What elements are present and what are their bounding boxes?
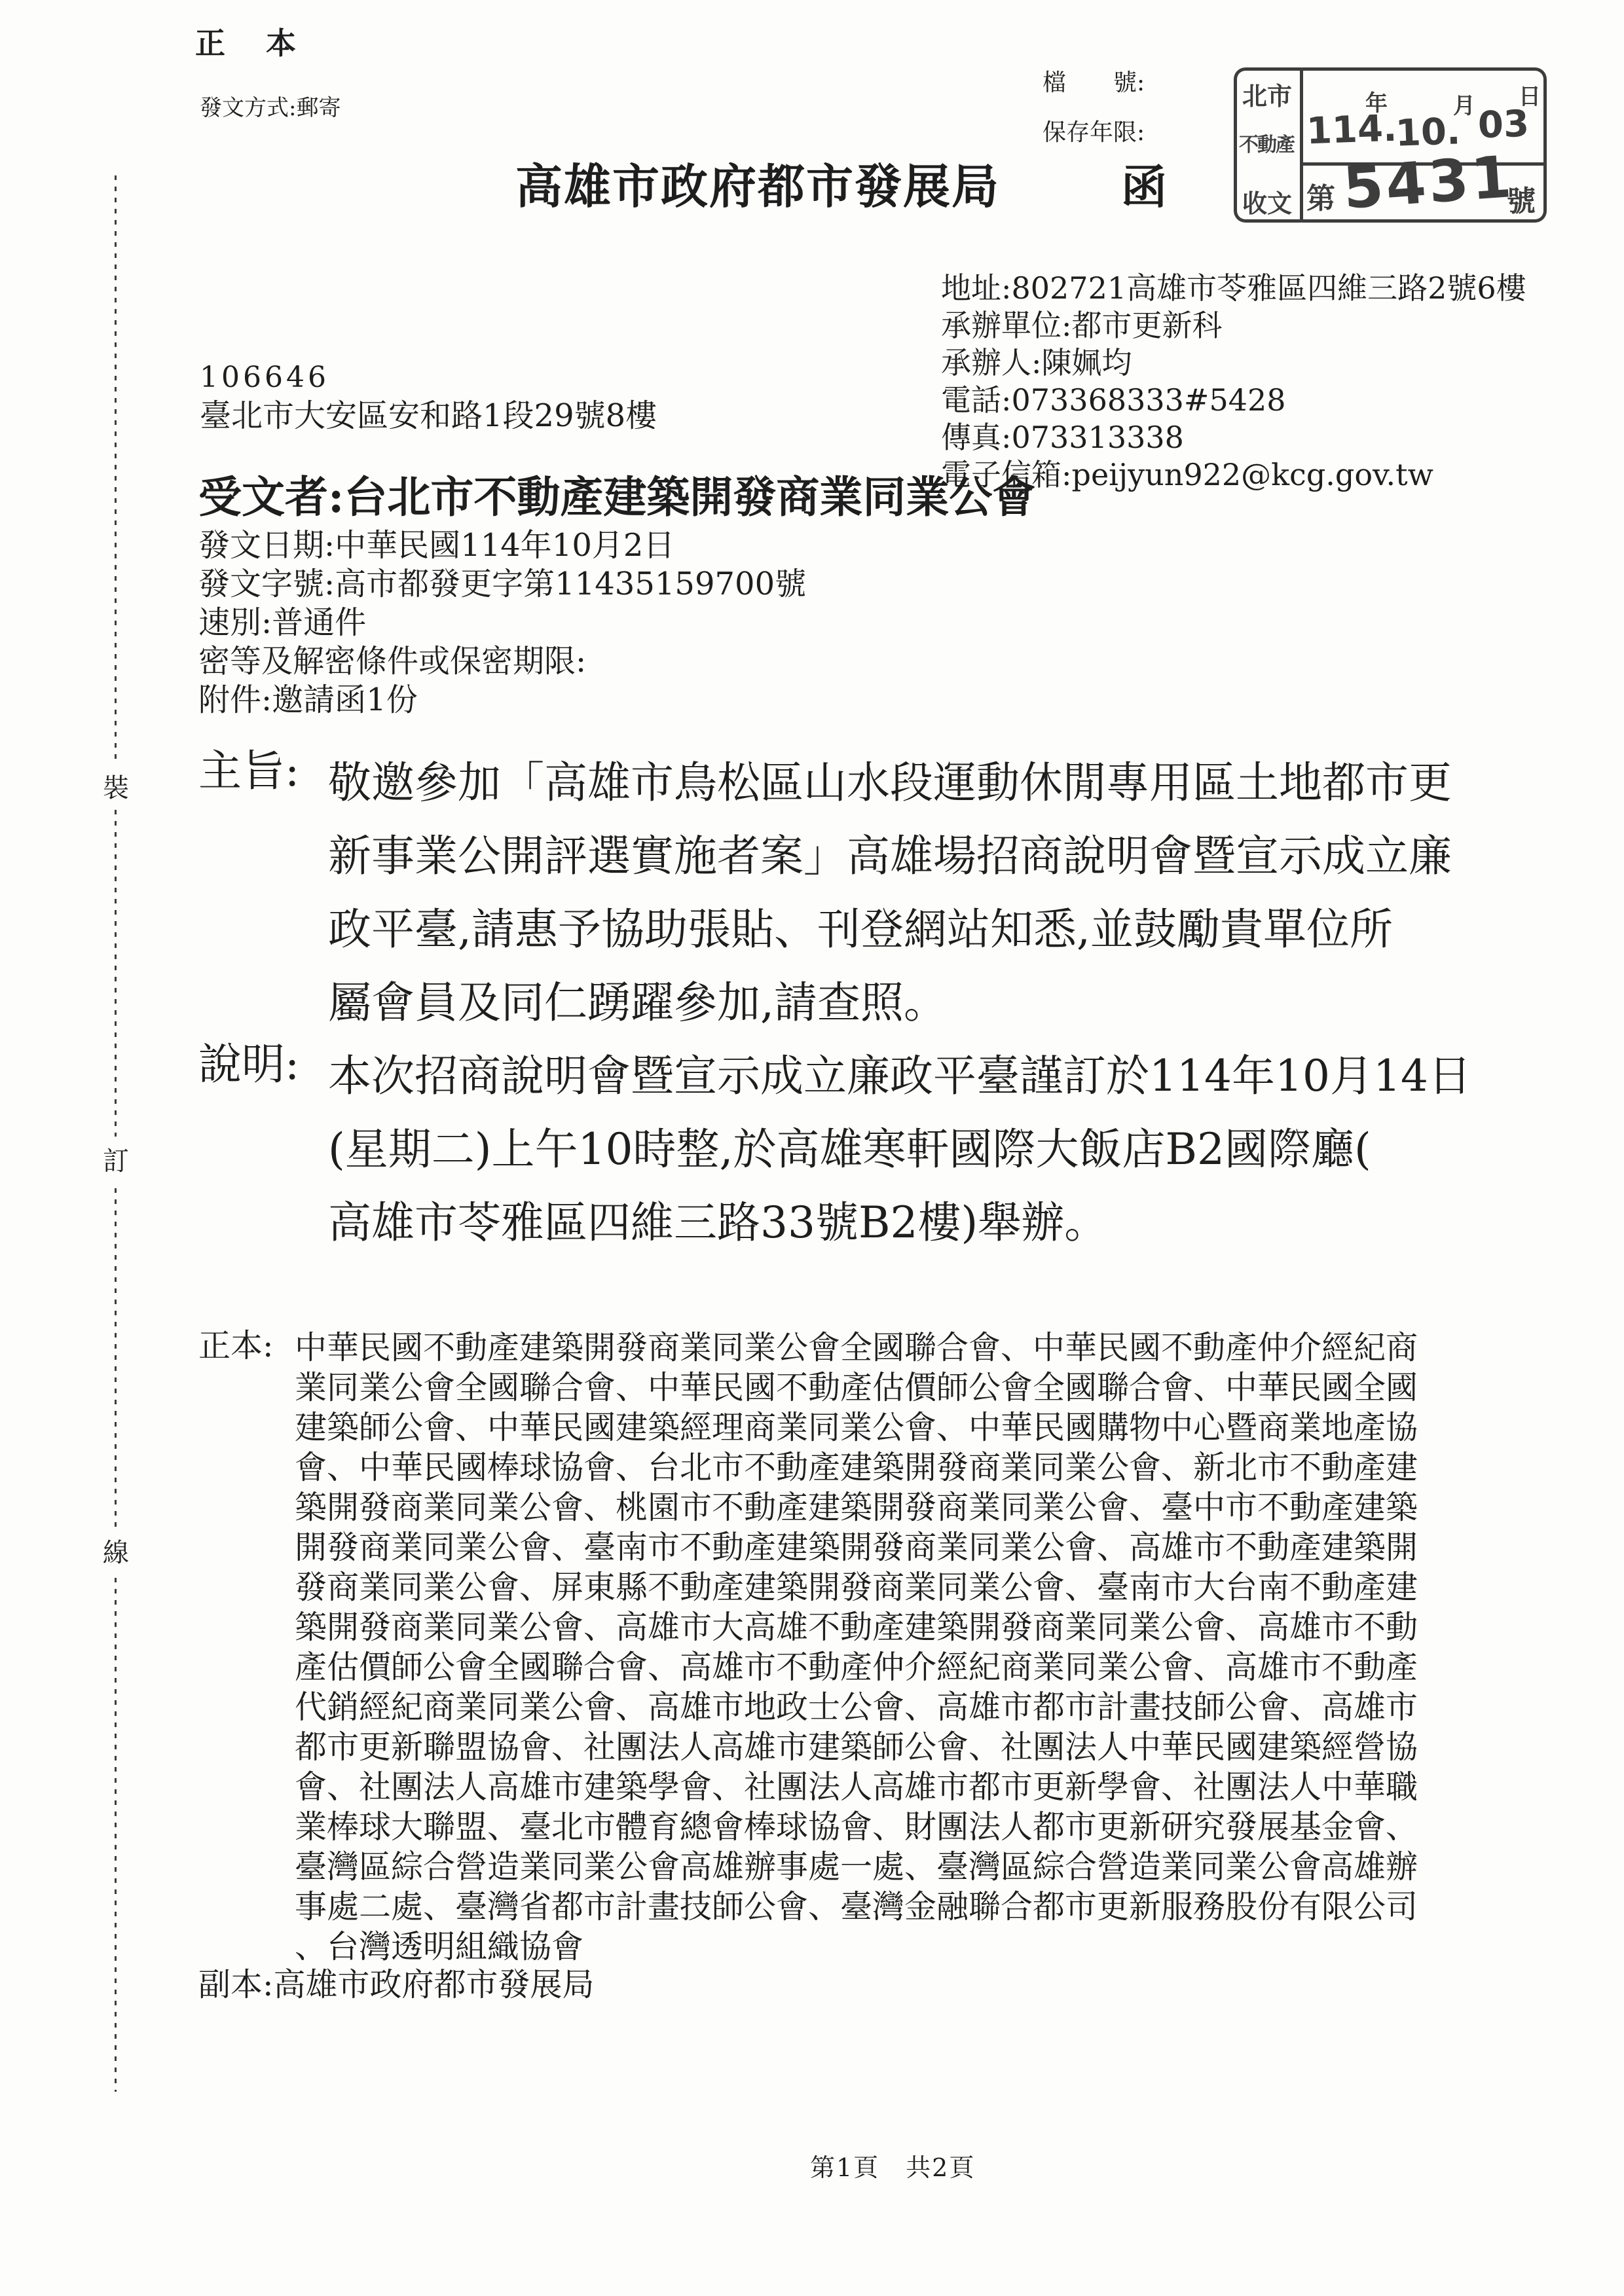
primary-recipients-line: 業棒球大聯盟、臺北市體育總會棒球協會、財團法人都市更新研究發展基金會、 <box>295 1807 1418 1847</box>
recipient-name-line: 受文者:台北市不動產建築開發商業同業公會 <box>198 473 1035 522</box>
received-stamp: 北市 不動產 收文 年 月 日 114. 10. 03 第 5431 號 <box>1234 67 1544 223</box>
subject-line: 政平臺,請惠予協助張貼、刊登網站知悉,並鼓勵貴單位所 <box>328 893 1452 966</box>
primary-recipients-line: 發商業同業公會、屏東縣不動產建築開發商業同業公會、臺南市大台南不動產建 <box>295 1567 1418 1607</box>
binding-dotted-line <box>115 175 117 2092</box>
primary-recipients-line: 中華民國不動產建築開發商業同業公會全國聯合會、中華民國不動產仲介經紀商 <box>295 1328 1418 1368</box>
stamp-number-row: 第 5431 號 <box>1302 166 1543 219</box>
primary-recipients-line: 築開發商業同業公會、高雄市大高雄不動產建築開發商業同業公會、高雄市不動 <box>295 1607 1418 1647</box>
document-type-char: 函 <box>1121 161 1167 214</box>
stamp-year-value: 114. <box>1306 107 1397 153</box>
delivery-method-label: 發文方式:郵寄 <box>200 96 341 121</box>
issue-date: 發文日期:中華民國114年10月2日 <box>198 526 806 565</box>
subject-line: 新事業公開評選實施者案」高雄場招商說明會暨宣示成立廉 <box>328 820 1452 893</box>
stamp-day-value: 03 <box>1477 103 1530 147</box>
stamp-number-prefix: 第 <box>1306 175 1335 217</box>
sender-contact-block: 地址:802721高雄市苓雅區四維三路2號6樓 承辦單位:都市更新科 承辦人:陳… <box>941 270 1526 494</box>
recipient-postal-code: 106646 <box>200 361 329 395</box>
stamp-org-line2: 不動產 <box>1239 128 1294 157</box>
primary-recipients-line: 事處二處、臺灣省都市計畫技師公會、臺灣金融聯合都市更新服務股份有限公司 <box>295 1887 1418 1927</box>
subject-line: 敬邀參加「高雄市鳥松區山水段運動休閒專用區土地都市更 <box>328 746 1452 820</box>
binding-mark-xian: 線 <box>100 1528 132 1573</box>
stamp-org-line3: 收文 <box>1242 183 1292 219</box>
document-meta-block: 發文日期:中華民國114年10月2日 發文字號:高市都發更字第114351597… <box>198 526 806 720</box>
primary-recipients-line: 業同業公會全國聯合會、中華民國不動產估價師公會全國聯合會、中華民國全國 <box>295 1368 1418 1408</box>
primary-recipients-line: 臺灣區綜合營造業同業公會高雄辦事處一處、臺灣區綜合營造業同業公會高雄辦 <box>295 1847 1418 1887</box>
binding-mark-ding: 訂 <box>100 1137 132 1182</box>
secrecy-class: 密等及解密條件或保密期限: <box>198 642 806 681</box>
subject-line: 屬會員及同仁踴躍參加,請查照。 <box>328 966 1452 1040</box>
document-page: 裝 訂 線 正 本 發文方式:郵寄 檔 號: 保存年限: 高雄市政府都市發展局 … <box>0 0 1624 2296</box>
stamp-number-value: 5431 <box>1341 143 1516 222</box>
subject-body: 敬邀參加「高雄市鳥松區山水段運動休閒專用區土地都市更 新事業公開評選實施者案」高… <box>328 746 1452 1040</box>
stamp-org-line1: 北市 <box>1242 76 1292 112</box>
primary-recipients-label: 正本: <box>198 1328 274 1364</box>
description-label: 說明: <box>198 1040 299 1089</box>
cc-recipients-line: 副本:高雄市政府都市發展局 <box>198 1967 595 2003</box>
description-line: 高雄市苓雅區四維三路33號B2樓)舉辦。 <box>328 1186 1471 1260</box>
description-line: 本次招商說明會暨宣示成立廉政平臺謹訂於114年10月14日 <box>328 1040 1471 1113</box>
file-number-label: 檔 號: <box>1043 69 1145 96</box>
stamp-number-suffix: 號 <box>1507 177 1536 219</box>
subject-label: 主旨: <box>198 746 299 796</box>
page-footer: 第1頁 共2頁 <box>810 2154 975 2183</box>
primary-recipients-list: 中華民國不動產建築開發商業同業公會全國聯合會、中華民國不動產仲介經紀商 業同業公… <box>295 1328 1418 1967</box>
recipient-address: 臺北市大安區安和路1段29號8樓 <box>200 398 657 434</box>
sender-address: 地址:802721高雄市苓雅區四維三路2號6樓 <box>941 270 1526 307</box>
sender-unit: 承辦單位:都市更新科 <box>941 307 1526 344</box>
sender-contact-person: 承辦人:陳姵均 <box>941 344 1526 382</box>
stamp-value-box: 年 月 日 114. 10. 03 第 5431 號 <box>1300 67 1547 223</box>
primary-recipients-line: 築開發商業同業公會、桃園市不動產建築開發商業同業公會、臺中市不動產建築 <box>295 1487 1418 1527</box>
primary-recipients-line: 會、社團法人高雄市建築學會、社團法人高雄市都市更新學會、社團法人中華職 <box>295 1767 1418 1807</box>
primary-recipients-line: 產估價師公會全國聯合會、高雄市不動產仲介經紀商業同業公會、高雄市不動產 <box>295 1647 1418 1687</box>
primary-recipients-line: 、台灣透明組織協會 <box>295 1927 1418 1967</box>
description-line: (星期二)上午10時整,於高雄寒軒國際大飯店B2國際廳( <box>328 1113 1471 1186</box>
stamp-org-box: 北市 不動產 收文 <box>1234 67 1303 223</box>
sender-fax: 傳真:073313338 <box>941 419 1526 456</box>
primary-recipients-line: 都市更新聯盟協會、社團法人高雄市建築師公會、社團法人中華民國建築經營協 <box>295 1727 1418 1767</box>
primary-recipients-line: 建築師公會、中華民國建築經理商業同業公會、中華民國購物中心暨商業地產協 <box>295 1408 1418 1448</box>
primary-recipients-line: 會、中華民國棒球協會、台北市不動產建築開發商業同業公會、新北市不動產建 <box>295 1448 1418 1487</box>
speed-class: 速別:普通件 <box>198 604 806 642</box>
attachment-note: 附件:邀請函1份 <box>198 681 806 720</box>
primary-recipients-line: 代銷經紀商業同業公會、高雄市地政士公會、高雄市都市計畫技師公會、高雄市 <box>295 1687 1418 1727</box>
copy-type-label: 正 本 <box>195 26 301 61</box>
description-body: 本次招商說明會暨宣示成立廉政平臺謹訂於114年10月14日 (星期二)上午10時… <box>328 1040 1471 1260</box>
retention-period-label: 保存年限: <box>1043 119 1145 146</box>
issue-number: 發文字號:高市都發更字第11435159700號 <box>198 565 806 604</box>
binding-mark-zhuang: 裝 <box>100 763 132 809</box>
primary-recipients-line: 開發商業同業公會、臺南市不動產建築開發商業同業公會、高雄市不動產建築開 <box>295 1527 1418 1567</box>
sender-phone: 電話:073368333#5428 <box>941 382 1526 419</box>
document-title: 高雄市政府都市發展局 <box>515 160 1000 214</box>
